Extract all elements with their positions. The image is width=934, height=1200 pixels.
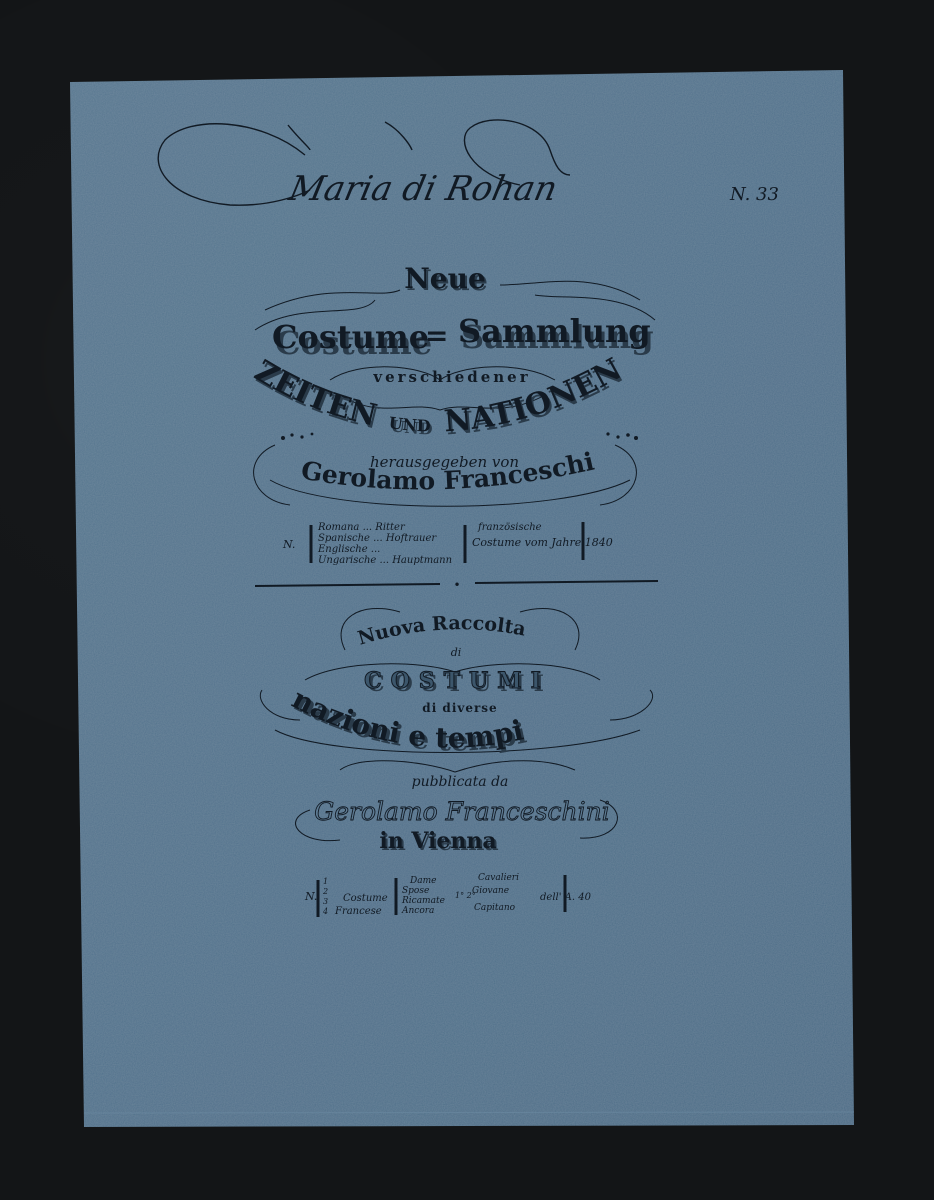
subtitle-di-diverse: di diverse — [422, 701, 497, 715]
german-entry-col1-line4: Ungarische ... Hauptmann — [318, 555, 452, 566]
title-costume: Costume — [272, 318, 429, 356]
document-page: Maria di Rohan N. 33 Neue Neue Costume C… — [0, 0, 934, 1200]
german-entry-col1-line2: Spanische ... Hoftrauer — [318, 533, 437, 544]
italian-entry-num-4: 4 — [322, 907, 328, 916]
german-entry-col2-line2: Costume vom Jahre 1840 — [472, 536, 613, 549]
handwritten-title: Maria di Rohan — [285, 169, 561, 209]
title-neue: Neue — [404, 262, 486, 295]
handwritten-number: N. 33 — [729, 184, 779, 205]
word-di: di — [451, 646, 462, 659]
italian-entry-col2-line4: Ancora — [401, 906, 434, 916]
german-entry-col1-line3: Englische ... — [317, 544, 380, 555]
italian-entry-num-3: 3 — [323, 897, 328, 906]
german-entry-col1-line1: Romana ... Ritter — [317, 522, 406, 533]
title-in-vienna: in Vienna — [379, 828, 496, 854]
italian-entry-col1-line1: Costume — [343, 893, 388, 904]
italian-entry-col3-line2: Giovane — [472, 886, 509, 896]
publisher-name-italian: Gerolamo Franceschini — [314, 797, 610, 826]
italian-entry-col1-line2: Francese — [334, 906, 382, 917]
und: UND — [388, 413, 431, 435]
italian-entry-col2-line1: Dame — [409, 876, 436, 886]
german-entry-col2-line1: französische — [477, 522, 542, 533]
subtitle-pubblicata-da: pubblicata da — [412, 774, 509, 790]
divider-ornament: • — [453, 578, 460, 592]
german-entry-prefix: N. — [282, 538, 295, 551]
italian-entry-col2-line2: Spose — [402, 886, 429, 896]
italian-entry-col2-line3: Ricamate — [401, 896, 445, 906]
title-equals: = — [425, 319, 448, 352]
title-sammlung: Sammlung — [458, 312, 651, 350]
italian-entry-col3-line3: Capitano — [474, 903, 516, 913]
paper-sheet — [70, 70, 854, 1127]
title-costumi: COSTUMI — [364, 668, 550, 694]
italian-entry-num-2: 2 — [322, 887, 328, 896]
italian-entry-num-1: 1 — [323, 877, 328, 886]
italian-entry-prefix: N. — [304, 890, 317, 903]
subtitle-verschiedener: verschiedener — [372, 368, 530, 386]
italian-entry-col3-line1: Cavalieri — [478, 873, 519, 883]
